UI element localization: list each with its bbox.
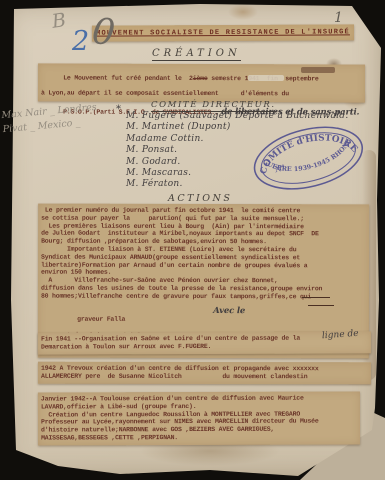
section-heading-actions: ACTIONS	[168, 193, 232, 204]
text-line: M. Fugère (Sauvaget) Déporté à Buchenwal…	[126, 111, 349, 122]
title-strip: MOUVEMENT SOCIALISTE DE RESISTANCE DE L'…	[92, 24, 354, 41]
document-title: MOUVEMENT SOCIALISTE DE RESISTANCE DE L'…	[96, 28, 350, 37]
corner-letter-mark: B	[51, 9, 68, 33]
creation-line-1-text: Le Mouvement fut créé pendant le 2	[63, 74, 193, 81]
creation-line-2: à Lyon,au départ il se composait essenti…	[41, 90, 363, 99]
section-heading-creation: CRÉATION	[152, 48, 241, 61]
actions-paragraph-4: Janvier 1942--A Toulouse création d'un c…	[38, 391, 360, 445]
scanned-document: B 2 0 1 MOUVEMENT SOCIALISTE DE RESISTAN…	[0, 0, 385, 480]
asterisk-mark: *	[116, 104, 121, 115]
stamp-number-label: N°	[273, 163, 287, 175]
text-line: Demarcation à Toulon sur Arroux avec F.F…	[41, 342, 369, 351]
ink-blot	[301, 67, 335, 73]
strike-mark	[302, 297, 330, 298]
text-line: MAISSESAG,BESSEGES ,CETTE ,PERPIGNAN.	[41, 433, 358, 442]
actions-paragraph-1-lines: Le premier numéro du journal parut fin o…	[41, 207, 367, 301]
actions-paragraph-2-lines: Fin 1941 --Organisation en Saône et Loir…	[41, 334, 369, 351]
typed-graveur-falla: graveur Falla	[77, 316, 125, 324]
page-number: 1	[334, 10, 343, 26]
corner-number-blue-mark: 2	[72, 26, 89, 57]
corner-number-pencil-mark: 0	[90, 11, 117, 54]
actions-paragraph-3: 1942 A Trevoux création d'un centre de d…	[38, 362, 371, 384]
actions-paragraph-4-lines: Janvier 1942--A Toulouse création d'un c…	[41, 394, 358, 442]
text-line: ALLAMERCERY pere de Susanne Nicolitch du…	[41, 373, 369, 381]
handwritten-insert-avec-le: Avec le	[213, 308, 245, 316]
actions-paragraph-3-lines: 1942 A Trevoux création d'un centre de d…	[41, 365, 369, 381]
creation-line-1-struck: ième	[193, 75, 208, 82]
strike-mark	[308, 305, 334, 306]
ink-blot	[248, 75, 284, 81]
